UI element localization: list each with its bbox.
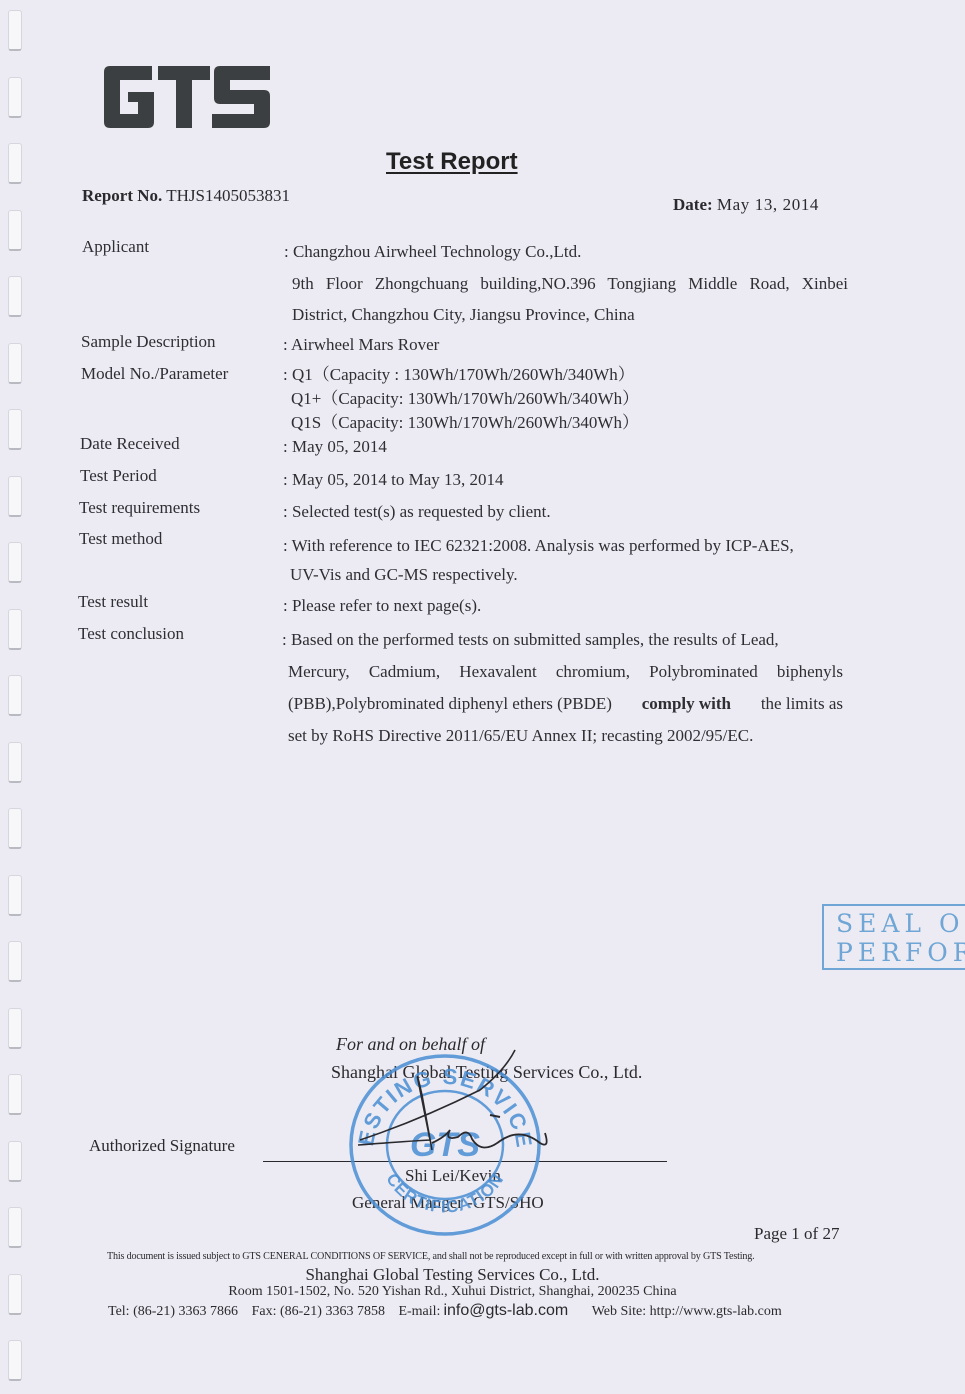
punch-hole [8,77,22,118]
signature-line [263,1161,667,1162]
signer-name: Shi Lei/Kevin [405,1166,501,1186]
svg-text:GTS: GTS [410,1126,480,1164]
test-requirements-label: Test requirements [79,498,200,518]
test-conclusion-label: Test conclusion [78,624,184,644]
test-method-line1: : With reference to IEC 62321:2008. Anal… [283,536,794,556]
applicant-label: Applicant [82,237,149,257]
punch-hole [8,609,22,650]
conclusion-line4: set by RoHS Directive 2011/65/EU Annex I… [288,726,753,746]
punch-hole [8,808,22,849]
sample-description-value: : Airwheel Mars Rover [283,335,439,355]
sample-description-label: Sample Description [81,332,216,352]
seal-on-perforation-stamp: SEAL ON PERFORA [822,904,965,970]
footer-tel: Tel: (86-21) 3363 7866 [108,1304,238,1319]
punch-hole [8,875,22,916]
model-parameter-label: Model No./Parameter [81,364,228,384]
report-title: Test Report [386,148,518,176]
test-method-label: Test method [79,529,162,549]
on-behalf-of: For and on behalf of [336,1034,485,1055]
test-requirements-value: : Selected test(s) as requested by clien… [283,502,551,522]
date-label: Date: [673,195,713,214]
report-number: Report No. THJS1405053831 [82,186,290,206]
punch-hole [8,542,22,583]
footer-email[interactable]: info@gts-lab.com [443,1302,568,1319]
conclusion-line1: : Based on the performed tests on submit… [282,630,779,650]
punch-hole [8,143,22,184]
conclusion-line3: (PBB),Polybrominated diphenyl ethers (PB… [288,694,843,714]
footer-fax: Fax: (86-21) 3363 7858 [252,1304,385,1319]
model-q1-plus: Q1+（Capacity: 130Wh/170Wh/260Wh/340Wh） [291,384,639,409]
authorized-signature-label: Authorized Signature [89,1136,235,1156]
applicant-name: : Changzhou Airwheel Technology Co.,Ltd. [284,242,581,262]
applicant-address-line1: 9th Floor Zhongchuang building,NO.396 To… [292,274,848,294]
date-received-value: : May 05, 2014 [283,437,387,457]
punch-hole [8,675,22,716]
date-value: May 13, 2014 [717,195,819,214]
conclusion-comply-with: comply with [642,694,731,714]
punch-hole [8,1074,22,1115]
date-received-label: Date Received [80,434,180,454]
conclusion-line2: Mercury, Cadmium, Hexavalent chromium, P… [288,662,843,682]
report-no-value: THJS1405053831 [166,186,290,205]
footer-company: Shanghai Global Testing Services Co., Lt… [0,1265,905,1285]
test-result-value: : Please refer to next page(s). [283,596,481,616]
test-method-line2: UV-Vis and GC-MS respectively. [290,565,518,585]
footer-email-label: E-mail: [398,1304,440,1319]
punch-hole [8,409,22,450]
punch-hole [8,1141,22,1182]
report-no-label: Report No. [82,186,162,205]
model-q1s: Q1S（Capacity: 130Wh/170Wh/260Wh/340Wh） [291,408,639,433]
signer-title: General Manger -GTS/SHO [352,1193,544,1213]
punch-holes [6,0,24,1394]
punch-hole [8,1340,22,1381]
punch-hole [8,742,22,783]
report-date: Date: May 13, 2014 [673,195,819,215]
conclusion-line3-post: the limits as [761,694,843,714]
footer-contact: Tel: (86-21) 3363 7866 Fax: (86-21) 3363… [108,1302,792,1320]
seal-stamp-line2: PERFORA [836,938,965,967]
punch-hole [8,343,22,384]
punch-hole [8,941,22,982]
model-q1: : Q1（Capacity : 130Wh/170Wh/260Wh/340Wh） [283,360,635,385]
seal-stamp-line1: SEAL ON [836,909,965,938]
punch-hole [8,276,22,317]
punch-hole [8,1008,22,1049]
test-period-value: : May 05, 2014 to May 13, 2014 [283,470,504,490]
conclusion-line3-pre: (PBB),Polybrominated diphenyl ethers (PB… [288,694,612,714]
footer-address: Room 1501-1502, No. 520 Yishan Rd., Xuhu… [0,1284,905,1300]
page-number: Page 1 of 27 [754,1224,839,1244]
test-period-label: Test Period [80,466,157,486]
gts-logo [100,64,272,130]
punch-hole [8,10,22,51]
punch-hole [8,210,22,251]
disclaimer: This document is issued subject to GTS C… [107,1250,762,1262]
footer-website[interactable]: Web Site: http://www.gts-lab.com [592,1304,782,1319]
test-result-label: Test result [78,592,148,612]
signing-company: Shanghai Global Testing Services Co., Lt… [331,1062,642,1083]
punch-hole [8,476,22,517]
punch-hole [8,1207,22,1248]
applicant-address-line2: District, Changzhou City, Jiangsu Provin… [292,305,635,325]
